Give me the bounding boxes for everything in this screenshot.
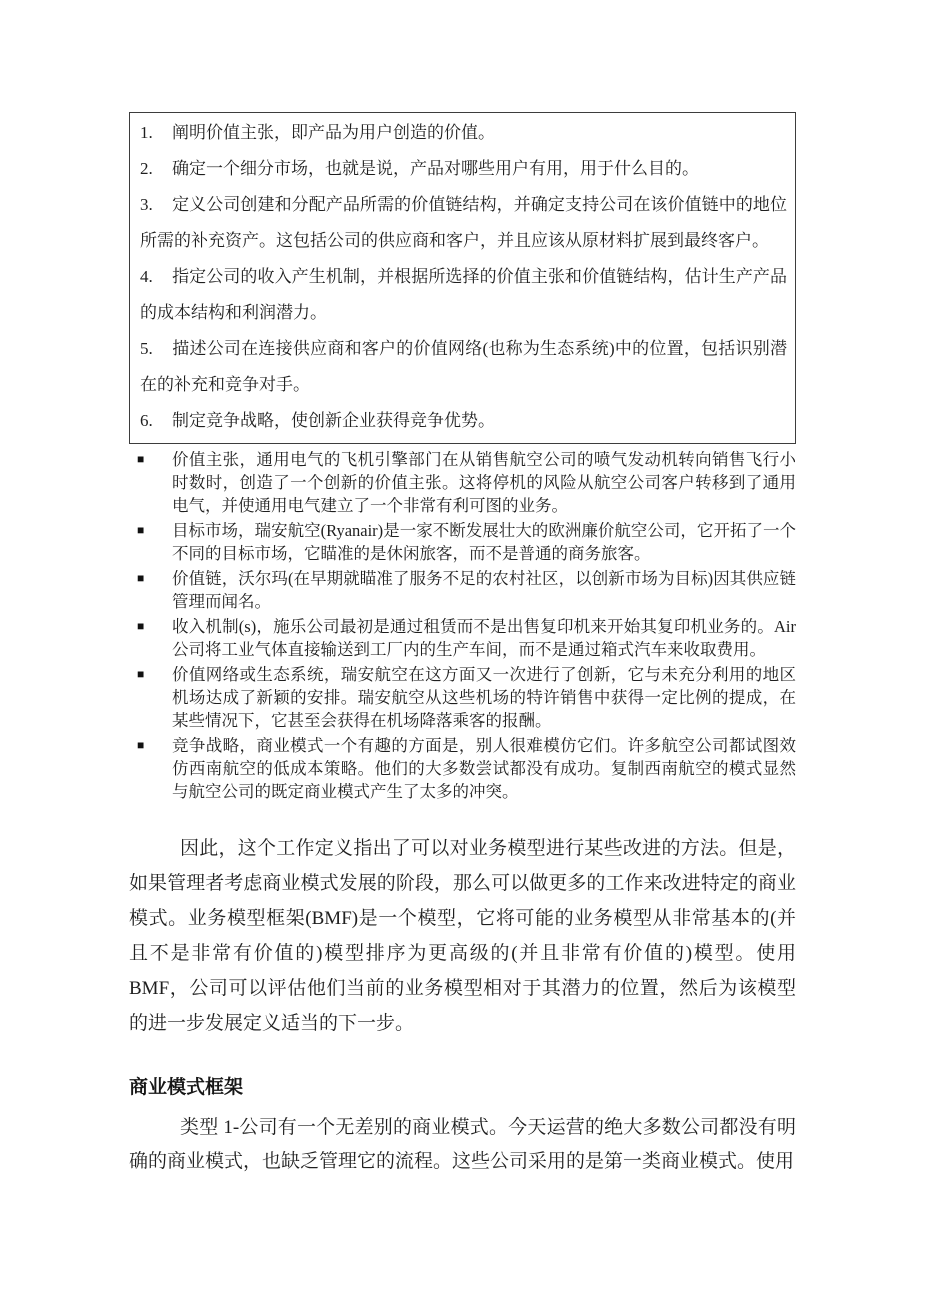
numbered-item-number: 1. (140, 115, 154, 151)
numbered-item-text: 阐明价值主张，即产品为用户创造的价值。 (172, 123, 495, 142)
bullet-item-text: 价值网络或生态系统，瑞安航空在这方面又一次进行了创新，它与未充分利用的地区机场达… (172, 663, 796, 732)
square-bullet-icon: ■ (129, 567, 172, 613)
numbered-item-text: 描述公司在连接供应商和客户的价值网络(也称为生态系统)中的位置，包括识别潜在的补… (140, 339, 787, 394)
numbered-item: 5.描述公司在连接供应商和客户的价值网络(也称为生态系统)中的位置，包括识别潜在… (140, 331, 787, 403)
list-item: ■ 竞争战略，商业模式一个有趣的方面是，别人很难模仿它们。许多航空公司都试图效仿… (129, 734, 796, 803)
numbered-item: 6.制定竞争战略，使创新企业获得竞争优势。 (140, 403, 787, 439)
numbered-item-number: 2. (140, 151, 154, 187)
bullet-list: ■ 价值主张，通用电气的飞机引擎部门在从销售航空公司的喷气发动机转向销售飞行小时… (129, 448, 796, 803)
square-bullet-icon: ■ (129, 519, 172, 565)
numbered-item-text: 指定公司的收入产生机制，并根据所选择的价值主张和价值链结构，估计生产产品的成本结… (140, 267, 787, 322)
list-item: ■ 收入机制(s)，施乐公司最初是通过租赁而不是出售复印机来开始其复印机业务的。… (129, 615, 796, 661)
bullet-item-text: 价值链，沃尔玛(在早期就瞄准了服务不足的农村社区，以创新市场为目标)因其供应链管… (172, 567, 796, 613)
bullet-item-text: 价值主张，通用电气的飞机引擎部门在从销售航空公司的喷气发动机转向销售飞行小时数时… (172, 448, 796, 517)
document-content: 1.阐明价值主张，即产品为用户创造的价值。 2.确定一个细分市场，也就是说，产品… (129, 112, 796, 1179)
numbered-item: 4.指定公司的收入产生机制，并根据所选择的价值主张和价值链结构，估计生产产品的成… (140, 259, 787, 331)
body-paragraph: 类型 1-公司有一个无差别的商业模式。今天运营的绝大多数公司都没有明确的商业模式… (129, 1111, 796, 1179)
list-item: ■ 价值网络或生态系统，瑞安航空在这方面又一次进行了创新，它与未充分利用的地区机… (129, 663, 796, 732)
bullet-item-text: 竞争战略，商业模式一个有趣的方面是，别人很难模仿它们。许多航空公司都试图效仿西南… (172, 734, 796, 803)
bullet-item-text: 目标市场，瑞安航空(Ryanair)是一家不断发展壮大的欧洲廉价航空公司，它开拓… (172, 519, 796, 565)
list-item: ■ 价值主张，通用电气的飞机引擎部门在从销售航空公司的喷气发动机转向销售飞行小时… (129, 448, 796, 517)
square-bullet-icon: ■ (129, 615, 172, 661)
numbered-item-number: 5. (140, 331, 154, 367)
numbered-item-text: 定义公司创建和分配产品所需的价值链结构，并确定支持公司在该价值链中的地位所需的补… (140, 195, 787, 250)
numbered-item-number: 4. (140, 259, 154, 295)
square-bullet-icon: ■ (129, 448, 172, 517)
list-item: ■ 价值链，沃尔玛(在早期就瞄准了服务不足的农村社区，以创新市场为目标)因其供应… (129, 567, 796, 613)
numbered-item: 1.阐明价值主张，即产品为用户创造的价值。 (140, 115, 787, 151)
document-page: 1.阐明价值主张，即产品为用户创造的价值。 2.确定一个细分市场，也就是说，产品… (0, 0, 926, 1309)
body-paragraph: 因此，这个工作定义指出了可以对业务模型进行某些改进的方法。但是，如果管理者考虑商… (129, 831, 796, 1041)
numbered-item: 2.确定一个细分市场，也就是说，产品对哪些用户有用，用于什么目的。 (140, 151, 787, 187)
numbered-item: 3.定义公司创建和分配产品所需的价值链结构，并确定支持公司在该价值链中的地位所需… (140, 187, 787, 259)
numbered-item-text: 制定竞争战略，使创新企业获得竞争优势。 (172, 411, 495, 430)
numbered-item-number: 3. (140, 187, 154, 223)
square-bullet-icon: ■ (129, 663, 172, 732)
square-bullet-icon: ■ (129, 734, 172, 803)
list-item: ■ 目标市场，瑞安航空(Ryanair)是一家不断发展壮大的欧洲廉价航空公司，它… (129, 519, 796, 565)
numbered-list-box: 1.阐明价值主张，即产品为用户创造的价值。 2.确定一个细分市场，也就是说，产品… (129, 112, 796, 444)
numbered-item-text: 确定一个细分市场，也就是说，产品对哪些用户有用，用于什么目的。 (172, 159, 699, 178)
numbered-item-number: 6. (140, 403, 154, 439)
bullet-item-text: 收入机制(s)，施乐公司最初是通过租赁而不是出售复印机来开始其复印机业务的。Ai… (172, 615, 796, 661)
section-heading: 商业模式框架 (129, 1075, 796, 1101)
